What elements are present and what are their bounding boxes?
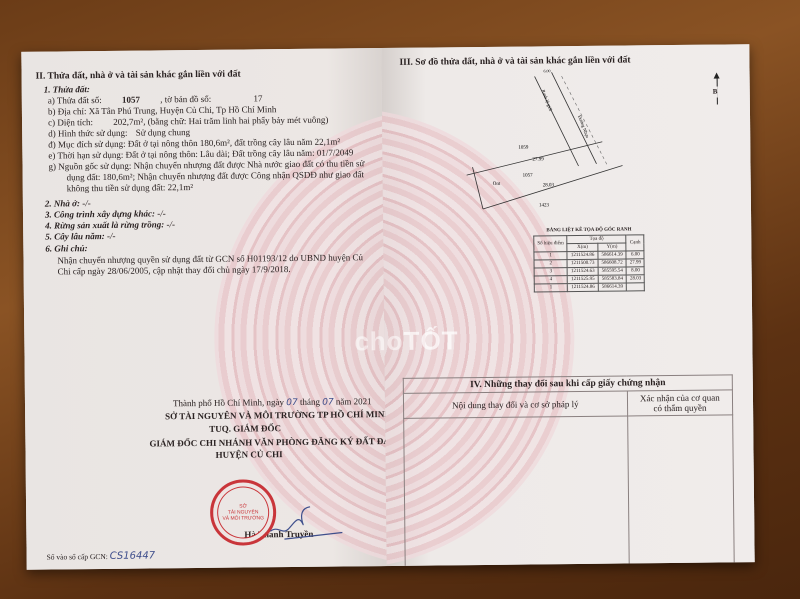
issuing-authority: SỞ TÀI NGUYÊN VÀ MÔI TRƯỜNG TP HỒ CHÍ MI… — [165, 409, 387, 422]
perennial-trees-value: -/- — [107, 231, 116, 241]
position-line-2: HUYỆN CỦ CHI — [215, 449, 282, 461]
col-edge: Cạnh — [626, 235, 644, 251]
svg-text:Ont: Ont — [493, 182, 501, 187]
coordinate-cell: 1211524.63 — [567, 267, 598, 275]
parcel-label: a) Thửa đất số: — [48, 95, 102, 106]
address-value: Xã Tân Phú Trung, Huyện Củ Chi, Tp Hồ Ch… — [89, 104, 277, 116]
changes-content-cell — [404, 416, 629, 566]
coordinates-caption: BẢNG LIỆT KÊ TỌA ĐỘ GÓC RANH — [533, 227, 645, 233]
left-page: II. Thửa đất, nhà ở và tài sản khác gắn … — [21, 48, 386, 570]
on-behalf-title: TUQ. GIÁM ĐỐC — [209, 423, 281, 435]
year-label: năm — [336, 396, 352, 406]
svg-text:1059: 1059 — [518, 146, 529, 151]
origin-line-3: không thu tiền sử dụng đất: 22,1m² — [67, 182, 193, 194]
sign-month: 07 — [322, 398, 334, 408]
north-arrow-icon: B — [712, 72, 722, 104]
changes-table: IV. Những thay đổi sau khi cấp giấy chứn… — [403, 374, 735, 566]
origin-label: g) Nguồn gốc sử dụng: — [48, 161, 131, 172]
perennial-trees-label: 5. Cây lâu năm: — [45, 231, 105, 242]
svg-text:28.03: 28.03 — [543, 183, 555, 188]
changes-confirm-cell — [627, 415, 734, 566]
coordinate-cell: 1211500.73 — [567, 259, 598, 267]
confirmation-line-2: có thẩm quyền — [653, 403, 706, 414]
right-page: III. Sơ đồ thửa đất, nhà ở và tài sản kh… — [381, 44, 754, 566]
coordinate-cell: 1211524.86 — [567, 251, 598, 259]
coordinate-cell: 586614.39 — [598, 251, 626, 259]
house-label: 2. Nhà ở: — [45, 198, 80, 208]
sign-year: 2021 — [354, 396, 372, 406]
coordinate-cell: 1211524.86 — [568, 283, 599, 291]
sign-day: 07 — [286, 398, 298, 408]
other-construction-value: -/- — [157, 208, 166, 218]
watermark-prefix: cho — [354, 326, 404, 357]
house-value: -/- — [82, 198, 91, 208]
coordinate-cell: 1211525.95 — [568, 275, 599, 283]
coordinate-row: 11211524.86586614.39 — [534, 283, 645, 292]
changes-col-confirmation: Xác nhận của cơ quan có thẩm quyền — [627, 390, 733, 416]
registry-row: Số vào sổ cấp GCN: CS16447 — [47, 550, 156, 562]
confirmation-line-1: Xác nhận của cơ quan — [640, 393, 720, 404]
house-row: 2. Nhà ở: -/- — [45, 198, 91, 209]
coordinate-cell: 585595.54 — [598, 267, 626, 275]
planted-forest-value: -/- — [166, 219, 175, 229]
coordinate-cell: 27.99 — [626, 259, 644, 267]
north-label: B — [713, 87, 718, 98]
svg-text:1057: 1057 — [523, 173, 534, 178]
other-construction-label: 3. Công trình xây dựng khác: — [45, 208, 155, 219]
changes-col-content: Nội dung thay đổi và cơ sở pháp lý — [403, 391, 627, 418]
coordinate-cell: 1 — [534, 284, 567, 292]
svg-text:Ranh lộ giới: Ranh lộ giới — [541, 89, 554, 112]
coordinate-cell: 6.00 — [626, 251, 644, 259]
coordinates-table: BẢNG LIỆT KÊ TỌA ĐỘ GÓC RANH Số hiệu điể… — [533, 227, 645, 292]
svg-text:Đường Nhựa: Đường Nhựa — [577, 115, 590, 139]
planted-forest-label: 4. Rừng sản xuất là rừng trồng: — [45, 219, 164, 230]
land-use-certificate: II. Thửa đất, nhà ở và tài sản khác gắn … — [21, 44, 754, 570]
land-heading: 1. Thửa đất: — [44, 84, 90, 95]
term-label: e) Thời hạn sử dụng: — [48, 150, 123, 161]
area-label: c) Diện tích: — [48, 117, 93, 127]
registry-number: CS16447 — [110, 550, 155, 561]
coordinate-cell: 585583.84 — [598, 275, 626, 283]
planted-forest-row: 4. Rừng sản xuất là rừng trồng: -/- — [45, 219, 175, 231]
svg-text:27.99: 27.99 — [532, 157, 544, 162]
parcel-number: 1057 — [122, 95, 140, 105]
signature-scribble-icon — [264, 500, 344, 541]
watermark-suffix: TỐT — [403, 325, 458, 356]
coordinate-cell: 28.03 — [626, 275, 644, 283]
usage-form-value: Sử dụng chung — [136, 127, 190, 138]
perennial-trees-row: 5. Cây lâu năm: -/- — [45, 231, 115, 243]
col-point: Số hiệu điểm — [534, 236, 568, 252]
purpose-label: đ) Mục đích sử dụng: — [48, 139, 125, 150]
svg-text:1423: 1423 — [539, 203, 550, 208]
usage-form-label: d) Hình thức sử dụng: — [48, 128, 127, 139]
registry-label: Số vào sổ cấp GCN: — [47, 552, 108, 562]
coordinate-cell: 586608.72 — [598, 259, 626, 267]
coordinate-cell — [626, 283, 644, 291]
stamp-line-3: VÀ MÔI TRƯỜNG — [222, 515, 264, 521]
chotot-watermark: choTỐT — [354, 325, 459, 357]
map-number: 17 — [253, 93, 262, 103]
place-date: Thành phố Hồ Chí Minh, ngày 07 tháng 07 … — [173, 396, 372, 410]
coordinate-cell: 8.00 — [626, 267, 644, 275]
area-value: 202,7m², (bằng chữ: Hai trăm linh hai ph… — [113, 115, 328, 127]
section-ii-title: II. Thửa đất, nhà ở và tài sản khác gắn … — [36, 70, 241, 83]
month-label: tháng — [300, 397, 320, 407]
notes-heading: 6. Ghi chú: — [45, 243, 87, 254]
address-label: b) Địa chỉ: — [48, 106, 87, 116]
place-date-prefix: Thành phố Hồ Chí Minh, ngày — [173, 397, 284, 408]
svg-text:6.00: 6.00 — [544, 68, 551, 73]
map-label: , tờ bản đồ số: — [160, 94, 211, 105]
coordinate-cell: 586614.39 — [598, 283, 626, 291]
parcel-diagram: 1059 1057 Ont 1253 1423 27.99 28.03 Đườn… — [461, 65, 663, 227]
